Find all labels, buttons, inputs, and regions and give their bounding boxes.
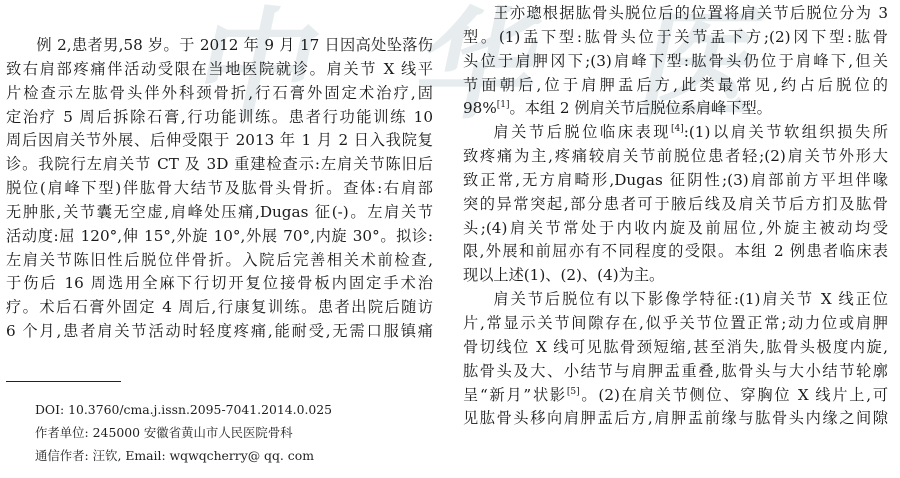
text-line: 98%[1]。本组 2 例肩关节后脱位系肩峰下型。 — [463, 97, 888, 121]
text-line: 定治疗 5 周后拆除石膏,行功能训练。患者行功能训练 10 — [6, 106, 433, 130]
imaging-features-paragraph: 肩关节后脱位有以下影像学特征:(1)肩关节 X 线正位 片,常显示关节间隙存在,… — [463, 288, 888, 431]
text-line: 肩关节后脱位临床表现[4]:(1)以肩关节软组织损失所 — [463, 121, 888, 145]
text-fragment: 。本组 2 例肩关节后脱位系肩峰下型。 — [510, 99, 772, 117]
text-line: 现以上述(1)、(2)、(4)为主。 — [463, 264, 888, 288]
text-line: 片,常显示关节间隙存在,似乎关节位置正常;动力位或肩胛 — [463, 312, 888, 336]
text-line: 型。(1)盂下型:肱骨头位于关节盂下方;(2)冈下型:肱骨 — [463, 26, 888, 50]
text-fragment: 。(2)在肩关节侧位、穿胸位 X 线片上,可 — [580, 386, 888, 404]
text-line: 活动度:屈 120°,伸 15°,外旋 10°,外展 70°,内旋 30°。拟诊… — [6, 225, 433, 249]
text-line: 肱骨头及大、小结节与肩胛盂重叠,肱骨头与大小结节轮廓 — [463, 360, 888, 384]
text-line: 致右肩部疼痛伴活动受限在当地医院就诊。肩关节 X 线平 — [6, 58, 433, 82]
text-line: 于伤后 16 周选用全麻下行切开复位接骨板内固定手术治 — [6, 272, 433, 296]
citation-ref[interactable]: [4] — [671, 124, 684, 134]
text-fragment: 呈“新月”状影 — [463, 386, 567, 404]
text-line: 左肩关节陈旧性后脱位伴骨折。入院后完善相关术前检查, — [6, 249, 433, 273]
text-line: 诊。我院行左肩关节 CT 及 3D 重建检查示:左肩关节陈旧后 — [6, 153, 433, 177]
text-fragment: :(1)以肩关节软组织损失所 — [684, 123, 888, 141]
text-line: 脱位(肩峰下型)伴肱骨大结节及肱骨头骨折。查体:右肩部 — [6, 177, 433, 201]
text-line: 无肿胀,关节囊无空虚,肩峰处压痛,Dugas 征(-)。左肩关节 — [6, 201, 433, 225]
text-line: 呈“新月”状影[5]。(2)在肩关节侧位、穿胸位 X 线片上,可 — [463, 384, 888, 408]
footnotes: DOI: 10.3760/cma.j.issn.2095-7041.2014.0… — [35, 398, 435, 467]
case-report-paragraph: 例 2,患者男,58 岁。于 2012 年 9 月 17 日因高处坠落伤 致右肩… — [6, 34, 433, 344]
right-column: 王亦璁根据肱骨头脱位后的位置将肩关节后脱位分为 3 型。(1)盂下型:肱骨头位于… — [463, 2, 888, 431]
text-line: 片检查示左肱骨头伴外科颈骨折,行石膏外固定术治疗,固 — [6, 82, 433, 106]
doi-line: DOI: 10.3760/cma.j.issn.2095-7041.2014.0… — [35, 398, 435, 421]
citation-ref[interactable]: [5] — [567, 387, 580, 397]
clinical-presentation-paragraph: 肩关节后脱位临床表现[4]:(1)以肩关节软组织损失所 致疼痛为主,疼痛较肩关节… — [463, 121, 888, 288]
text-line: 肩关节后脱位有以下影像学特征:(1)肩关节 X 线正位 — [463, 288, 888, 312]
text-line: 限,外展和前屈亦有不同程度的受限。本组 2 例患者临床表 — [463, 240, 888, 264]
text-line: 致正常,无方肩畸形,Dugas 征阴性;(3)肩部前方平坦伴喙 — [463, 169, 888, 193]
text-line: 头位于肩胛冈下;(3)肩峰下型:肱骨头仍位于肩峰下,但关 — [463, 50, 888, 74]
citation-ref[interactable]: [1] — [497, 100, 510, 110]
text-line: 骨切线位 X 线可见肱骨颈短缩,甚至消失,肱骨头极度内旋, — [463, 336, 888, 360]
text-line: 头;(4)肩关节常处于内收内旋及前屈位,外旋主被动均受 — [463, 217, 888, 241]
classification-paragraph: 王亦璁根据肱骨头脱位后的位置将肩关节后脱位分为 3 型。(1)盂下型:肱骨头位于… — [463, 2, 888, 121]
text-fragment: 98% — [463, 99, 497, 117]
text-line: 例 2,患者男,58 岁。于 2012 年 9 月 17 日因高处坠落伤 — [6, 34, 433, 58]
text-fragment: 肩关节后脱位临床表现 — [493, 123, 671, 141]
text-line: 周后因肩关节外展、后伸受限于 2013 年 1 月 2 日入我院复 — [6, 129, 433, 153]
text-line: 节面朝后,位于肩胛盂后方,此类最常见,约占后脱位的 — [463, 74, 888, 98]
text-line: 王亦璁根据肱骨头脱位后的位置将肩关节后脱位分为 3 — [463, 2, 888, 26]
text-line: 见肱骨头移向肩胛盂后方,肩胛盂前缘与肱骨头内缘之间隙 — [463, 407, 888, 431]
author-affiliation: 作者单位: 245000 安徽省黄山市人民医院骨科 — [35, 421, 435, 444]
text-line: 疗。术后石膏外固定 4 周后,行康复训练。患者出院后随访 — [6, 296, 433, 320]
text-line: 突的异常突起,部分患者可于腋后线及肩关节后方扪及肱骨 — [463, 193, 888, 217]
text-line: 致疼痛为主,疼痛较肩关节前脱位患者轻;(2)肩关节外形大 — [463, 145, 888, 169]
text-line: 6 个月,患者肩关节活动时轻度疼痛,能耐受,无需口服镇痛 — [6, 320, 433, 344]
left-column: 例 2,患者男,58 岁。于 2012 年 9 月 17 日因高处坠落伤 致右肩… — [6, 34, 433, 344]
corresponding-author: 通信作者: 汪钦, Email: wqwqcherry@ qq. com — [35, 444, 435, 467]
footnote-divider — [6, 381, 121, 382]
